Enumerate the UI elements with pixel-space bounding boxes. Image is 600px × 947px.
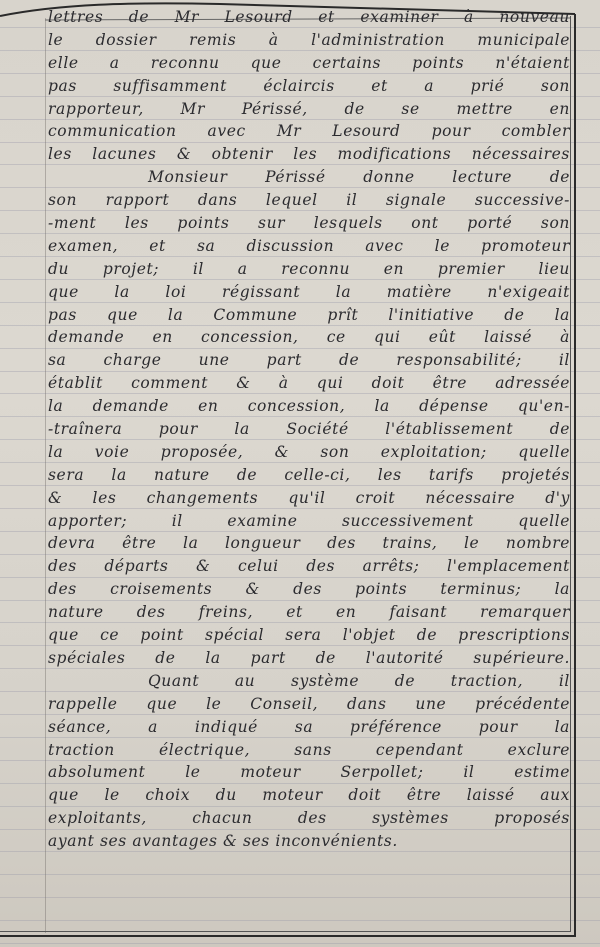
ruling-line — [0, 874, 600, 875]
text-line: que la loi régissant la matière n'exigea… — [48, 281, 570, 304]
text-line: sera la nature de celle-ci, les tarifs p… — [48, 464, 570, 487]
text-line: séance, a indiqué sa préférence pour la — [48, 716, 570, 739]
manuscript-page: lettres de Mr Lesourd et examiner à nouv… — [0, 0, 600, 947]
text-line: spéciales de la part de l'autorité supér… — [48, 647, 570, 670]
text-line: absolument le moteur Serpollet; il estim… — [48, 761, 570, 784]
text-line: examen, et sa discussion avec le promote… — [48, 235, 570, 258]
text-line: la voie proposée, & son exploitation; qu… — [48, 441, 570, 464]
text-line: ayant ses avantages & ses inconvénients. — [48, 830, 570, 853]
text-line: pas que la Commune prît l'initiative de … — [48, 304, 570, 327]
text-line: que ce point spécial sera l'objet de pre… — [48, 624, 570, 647]
bottom-frame-inner-line — [0, 931, 571, 932]
bottom-frame-outer-line — [0, 935, 576, 937]
text-line: demande en concession, ce qui eût laissé… — [48, 326, 570, 349]
right-frame-inner-line — [570, 16, 571, 932]
left-margin-line — [45, 18, 46, 933]
text-line: apporter; il examine successivement quel… — [48, 510, 570, 533]
text-line: Quant au système de traction, il — [48, 670, 570, 693]
text-line: Monsieur Périssé donne lecture de — [48, 166, 570, 189]
text-line: rapporteur, Mr Périssé, de se mettre en — [48, 98, 570, 121]
text-line: la demande en concession, la dépense qu'… — [48, 395, 570, 418]
text-line: sa charge une part de responsabilité; il — [48, 349, 570, 372]
text-line: traction électrique, sans cependant excl… — [48, 739, 570, 762]
text-line: & les changements qu'il croit nécessaire… — [48, 487, 570, 510]
text-line: elle a reconnu que certains points n'éta… — [48, 52, 570, 75]
text-line: les lacunes & obtenir les modifications … — [48, 143, 570, 166]
ruling-line — [0, 943, 600, 944]
text-line: du projet; il a reconnu en premier lieu — [48, 258, 570, 281]
text-line: que le choix du moteur doit être laissé … — [48, 784, 570, 807]
text-line: -ment les points sur lesquels ont porté … — [48, 212, 570, 235]
text-line: exploitants, chacun des systèmes proposé… — [48, 807, 570, 830]
text-line: établit comment & à qui doit être adress… — [48, 372, 570, 395]
text-line: nature des freins, et en faisant remarqu… — [48, 601, 570, 624]
text-line: communication avec Mr Lesourd pour combl… — [48, 120, 570, 143]
text-line: -traînera pour la Société l'établissemen… — [48, 418, 570, 441]
right-frame-outer-line — [574, 14, 576, 936]
ruling-line — [0, 897, 600, 898]
text-line: des croisements & des points terminus; l… — [48, 578, 570, 601]
text-line: pas suffisamment éclaircis et a prié son — [48, 75, 570, 98]
ruling-line — [0, 920, 600, 921]
text-line: des départs & celui des arrêts; l'emplac… — [48, 555, 570, 578]
text-line: devra être la longueur des trains, le no… — [48, 532, 570, 555]
text-line: le dossier remis à l'administration muni… — [48, 29, 570, 52]
text-line: rappelle que le Conseil, dans une précéd… — [48, 693, 570, 716]
text-line: son rapport dans lequel il signale succe… — [48, 189, 570, 212]
text-line: lettres de Mr Lesourd et examiner à nouv… — [48, 6, 570, 29]
handwritten-text-block: lettres de Mr Lesourd et examiner à nouv… — [48, 6, 570, 853]
